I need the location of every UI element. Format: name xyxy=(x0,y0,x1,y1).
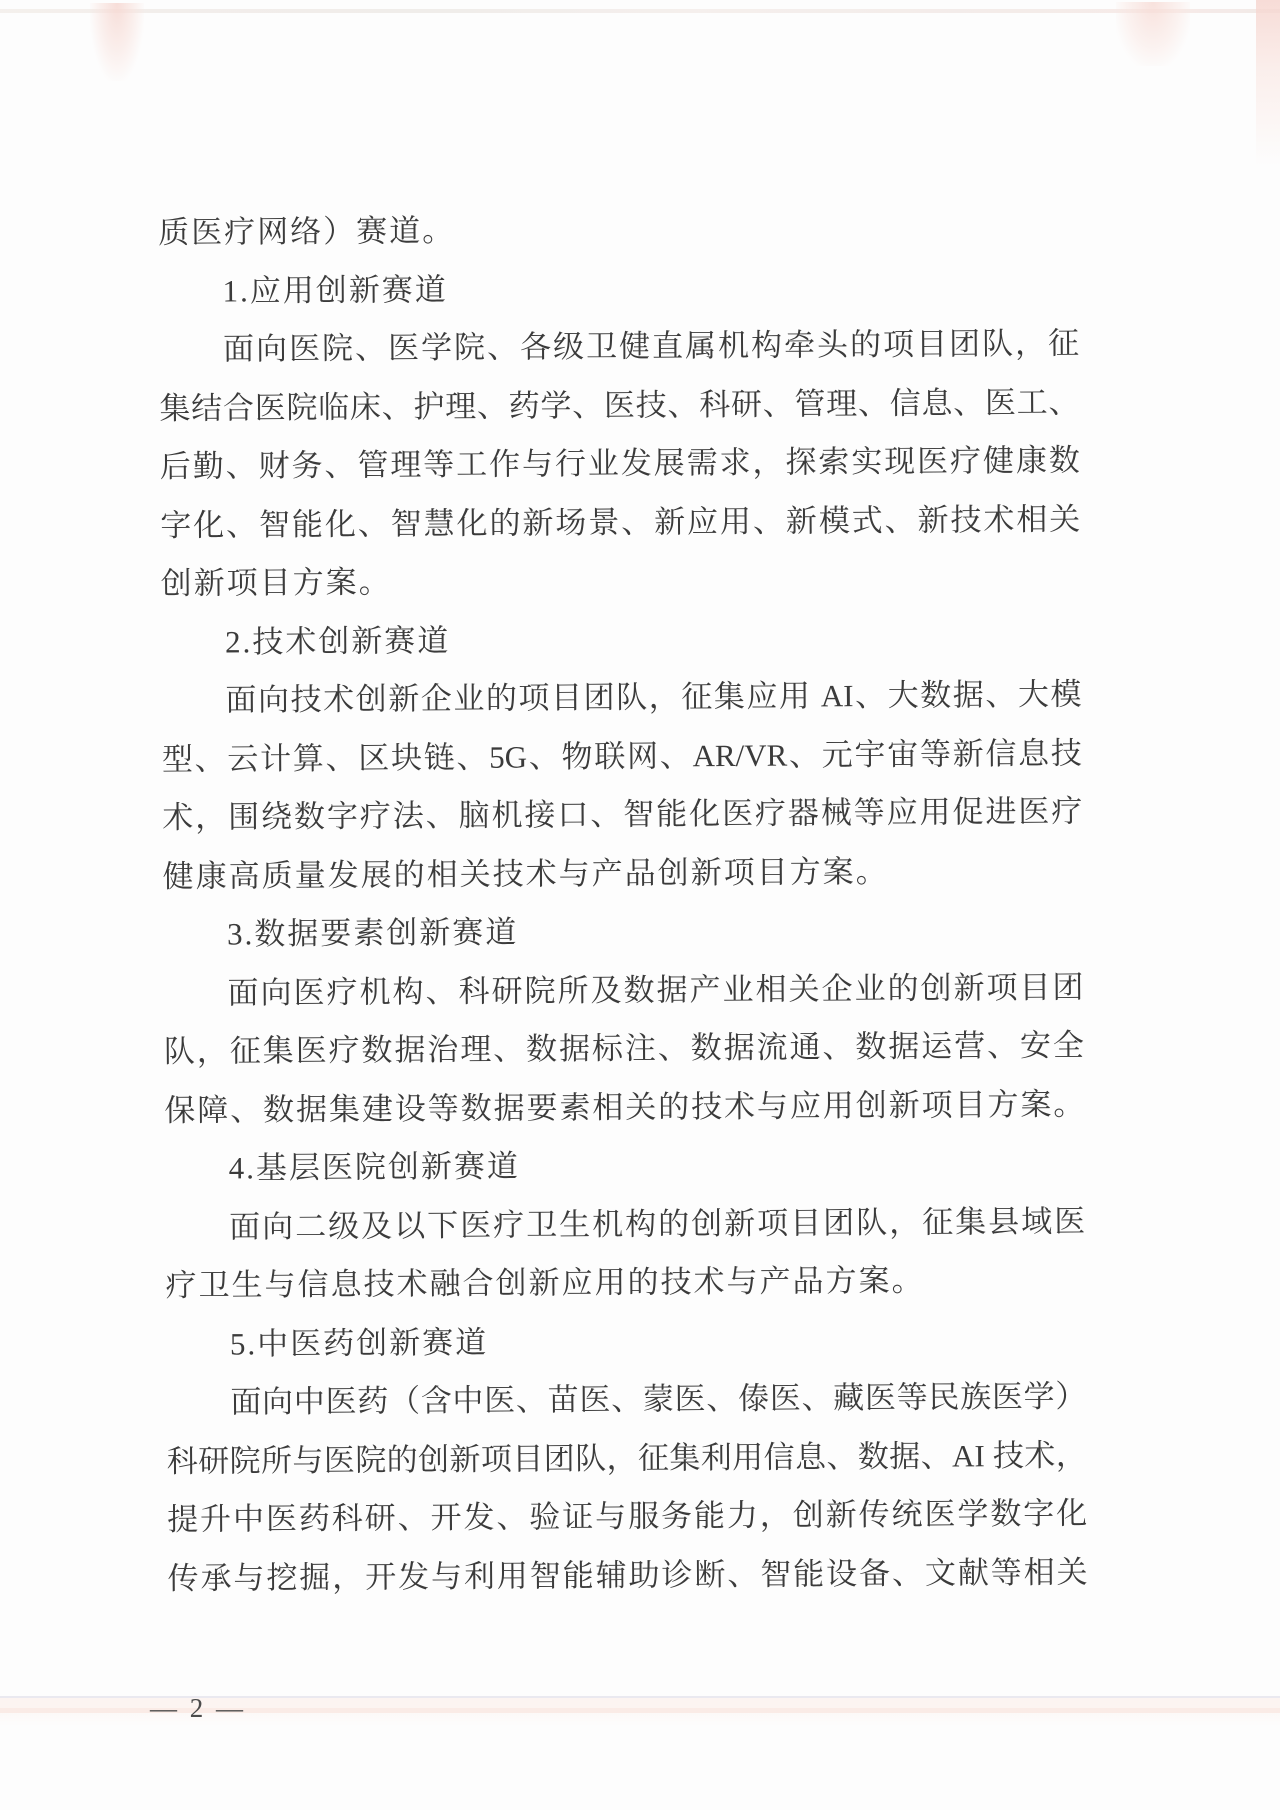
text-line: 面向技术创新企业的项目团队，征集应用 AI、大数据、大模 xyxy=(161,666,1081,731)
text-line: 质医疗网络）赛道。 xyxy=(158,198,1078,263)
text-line: 保障、数据集建设等数据要素相关的技术与应用创新项目方案。 xyxy=(164,1075,1084,1140)
section-heading-5: 5.中医药创新赛道 xyxy=(166,1309,1086,1374)
document-page: 质医疗网络）赛道。 1.应用创新赛道 面向医院、医学院、各级卫健直属机构牵头的项… xyxy=(0,0,1280,1810)
section-heading-2: 2.技术创新赛道 xyxy=(161,607,1081,672)
text-line: 科研院所与医院的创新项目团队，征集利用信息、数据、AI 技术， xyxy=(167,1426,1087,1491)
text-line: 面向医疗机构、科研院所及数据产业相关企业的创新项目团 xyxy=(163,958,1083,1023)
text-line: 健康高质量发展的相关技术与产品创新项目方案。 xyxy=(162,841,1082,906)
text-line: 队，征集医疗数据治理、数据标注、数据流通、数据运营、安全 xyxy=(164,1017,1084,1082)
scan-pink-smudge-right xyxy=(1116,2,1190,66)
text-line: 字化、智能化、智慧化的新场景、新应用、新模式、新技术相关 xyxy=(160,490,1080,555)
document-body: 质医疗网络）赛道。 1.应用创新赛道 面向医院、医学院、各级卫健直属机构牵头的项… xyxy=(158,198,1088,1608)
scan-pink-edge-right xyxy=(1256,0,1280,175)
text-line: 面向医院、医学院、各级卫健直属机构牵头的项目团队，征 xyxy=(159,315,1079,380)
section-heading-1: 1.应用创新赛道 xyxy=(158,256,1078,321)
section-heading-4: 4.基层医院创新赛道 xyxy=(165,1134,1085,1199)
text-line: 疗卫生与信息技术融合创新应用的技术与产品方案。 xyxy=(165,1251,1085,1316)
text-line: 术，围绕数字疗法、脑机接口、智能化医疗器械等应用促进医疗 xyxy=(162,783,1082,848)
text-line: 面向中医药（含中医、苗医、蒙医、傣医、藏医等民族医学） xyxy=(166,1368,1086,1433)
text-line: 面向二级及以下医疗卫生机构的创新项目团队，征集县域医 xyxy=(165,1192,1085,1257)
text-line: 传承与挖掘，开发与利用智能辅助诊断、智能设备、文献等相关 xyxy=(167,1543,1087,1608)
scan-top-edge-line xyxy=(0,9,1280,13)
scan-pink-smudge-left xyxy=(90,3,144,81)
text-line: 提升中医药科研、开发、验证与服务能力，创新传统医学数字化 xyxy=(167,1485,1087,1550)
text-line: 集结合医院临床、护理、药学、医技、科研、管理、信息、医工、 xyxy=(159,373,1079,438)
section-heading-3: 3.数据要素创新赛道 xyxy=(163,900,1083,965)
text-line: 后勤、财务、管理等工作与行业发展需求，探索实现医疗健康数 xyxy=(160,432,1080,497)
text-line: 创新项目方案。 xyxy=(160,549,1080,614)
text-line: 型、云计算、区块链、5G、物联网、AR/VR、元宇宙等新信息技 xyxy=(162,724,1082,789)
page-number: — 2 — xyxy=(150,1690,246,1726)
